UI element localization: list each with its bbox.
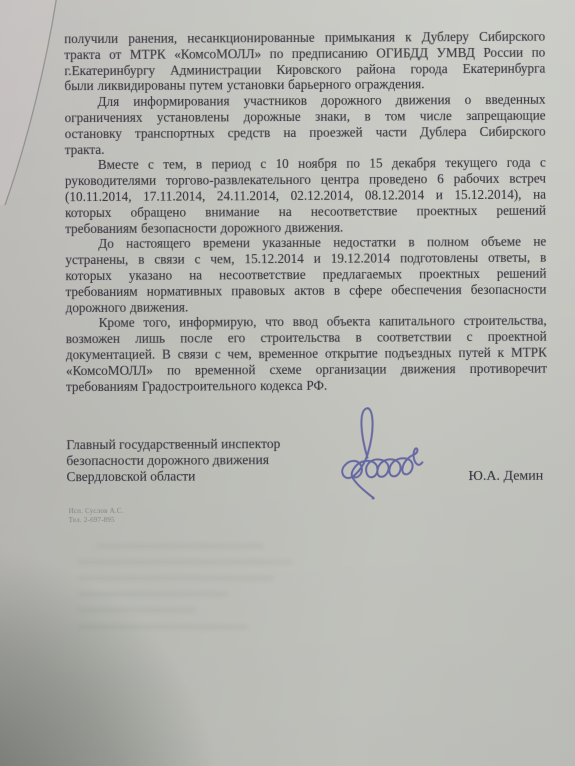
signer-title-line: безопасности дорожного движения — [66, 452, 280, 469]
text-line: тракта от МТРК «КомсоМОЛЛ» по предписани… — [64, 44, 545, 62]
text-line: требованиям Градостроительного кодекса Р… — [66, 376, 547, 394]
paragraph: получили ранения, несанкционированные пр… — [64, 29, 545, 95]
body-text: получили ранения, несанкционированные пр… — [64, 29, 547, 395]
photo-of-document: получили ранения, несанкционированные пр… — [0, 0, 575, 766]
paragraph: Для информирования участников дорожного … — [64, 92, 545, 158]
paragraph: До настоящего времени указанные недостат… — [65, 234, 546, 316]
text-line: которых обращено внимание на несоответст… — [65, 202, 546, 220]
signer-name: Ю.А. Демин — [468, 469, 568, 486]
text-line: г.Екатеринбургу Администрации Кировского… — [64, 60, 545, 78]
text-line: остановку транспортных средств на проезж… — [65, 123, 546, 141]
footer-executor: Исп. Суслов А.С. — [69, 507, 124, 516]
text-line: «КомсоМОЛЛ» по временной схеме организац… — [66, 360, 547, 378]
footer-block: Исп. Суслов А.С. Тел. 2-697-895 — [69, 507, 124, 525]
signer-title-line: Свердловской области — [66, 468, 280, 485]
paragraph: Кроме того, информирую, что ввод объекта… — [66, 313, 547, 395]
document-content: получили ранения, несанкционированные пр… — [0, 0, 575, 766]
paragraph: Вместе с тем, в период с 10 ноября по 15… — [65, 155, 546, 237]
footer-phone: Тел. 2-697-895 — [69, 516, 124, 525]
signer-title-line: Главный государственный инспектор — [66, 436, 280, 453]
text-line: требованиям нормативных правовых актов в… — [65, 281, 546, 299]
signer-title-block: Главный государственный инспекторбезопас… — [66, 436, 280, 485]
